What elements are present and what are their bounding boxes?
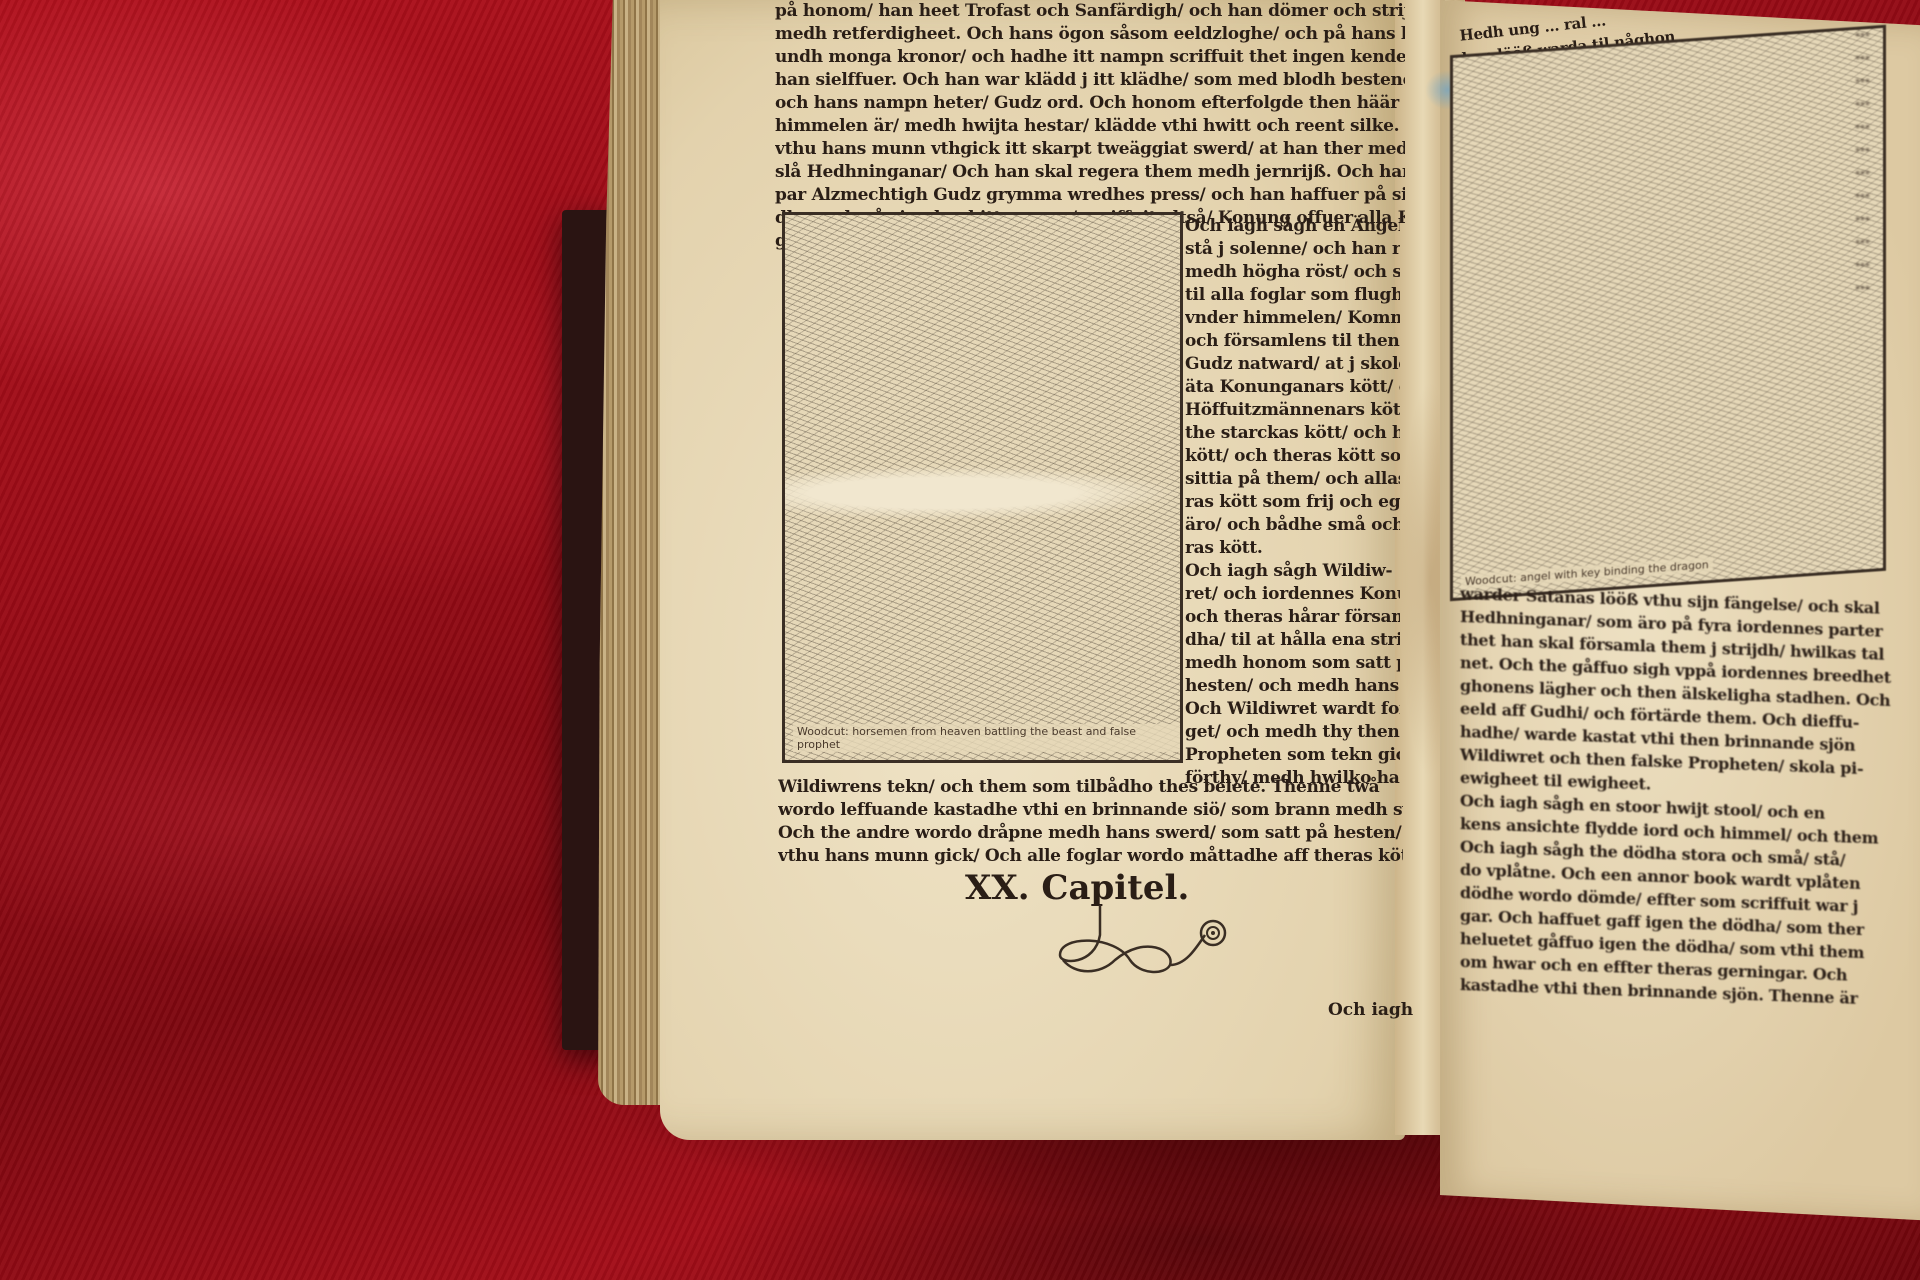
left-page-side-text: Och iagh sågh en Ängel stå j solenne/ oc… [1185,215,1400,790]
right-page-text: warder Satanas lööß vthu sijn fängelse/ … [1460,582,1920,1012]
left-page-below-text: Wildiwrens tekn/ och them som tilbådho t… [778,776,1403,868]
right-page-column-text: ... ... ... ... ... ... ... ... ... ... … [1855,20,1920,296]
ornamental-flourish-icon [1055,905,1230,995]
chapter-heading: XX. Capitel. [965,868,1189,908]
woodcut-illustration-angel-binding-dragon: Woodcut: angel with key binding the drag… [1450,25,1886,601]
cloud-band [785,466,1180,521]
catchword: Och iagh [1328,1000,1413,1020]
woodcut-illustration-rider-and-beast: Woodcut: horsemen from heaven battling t… [782,212,1183,763]
